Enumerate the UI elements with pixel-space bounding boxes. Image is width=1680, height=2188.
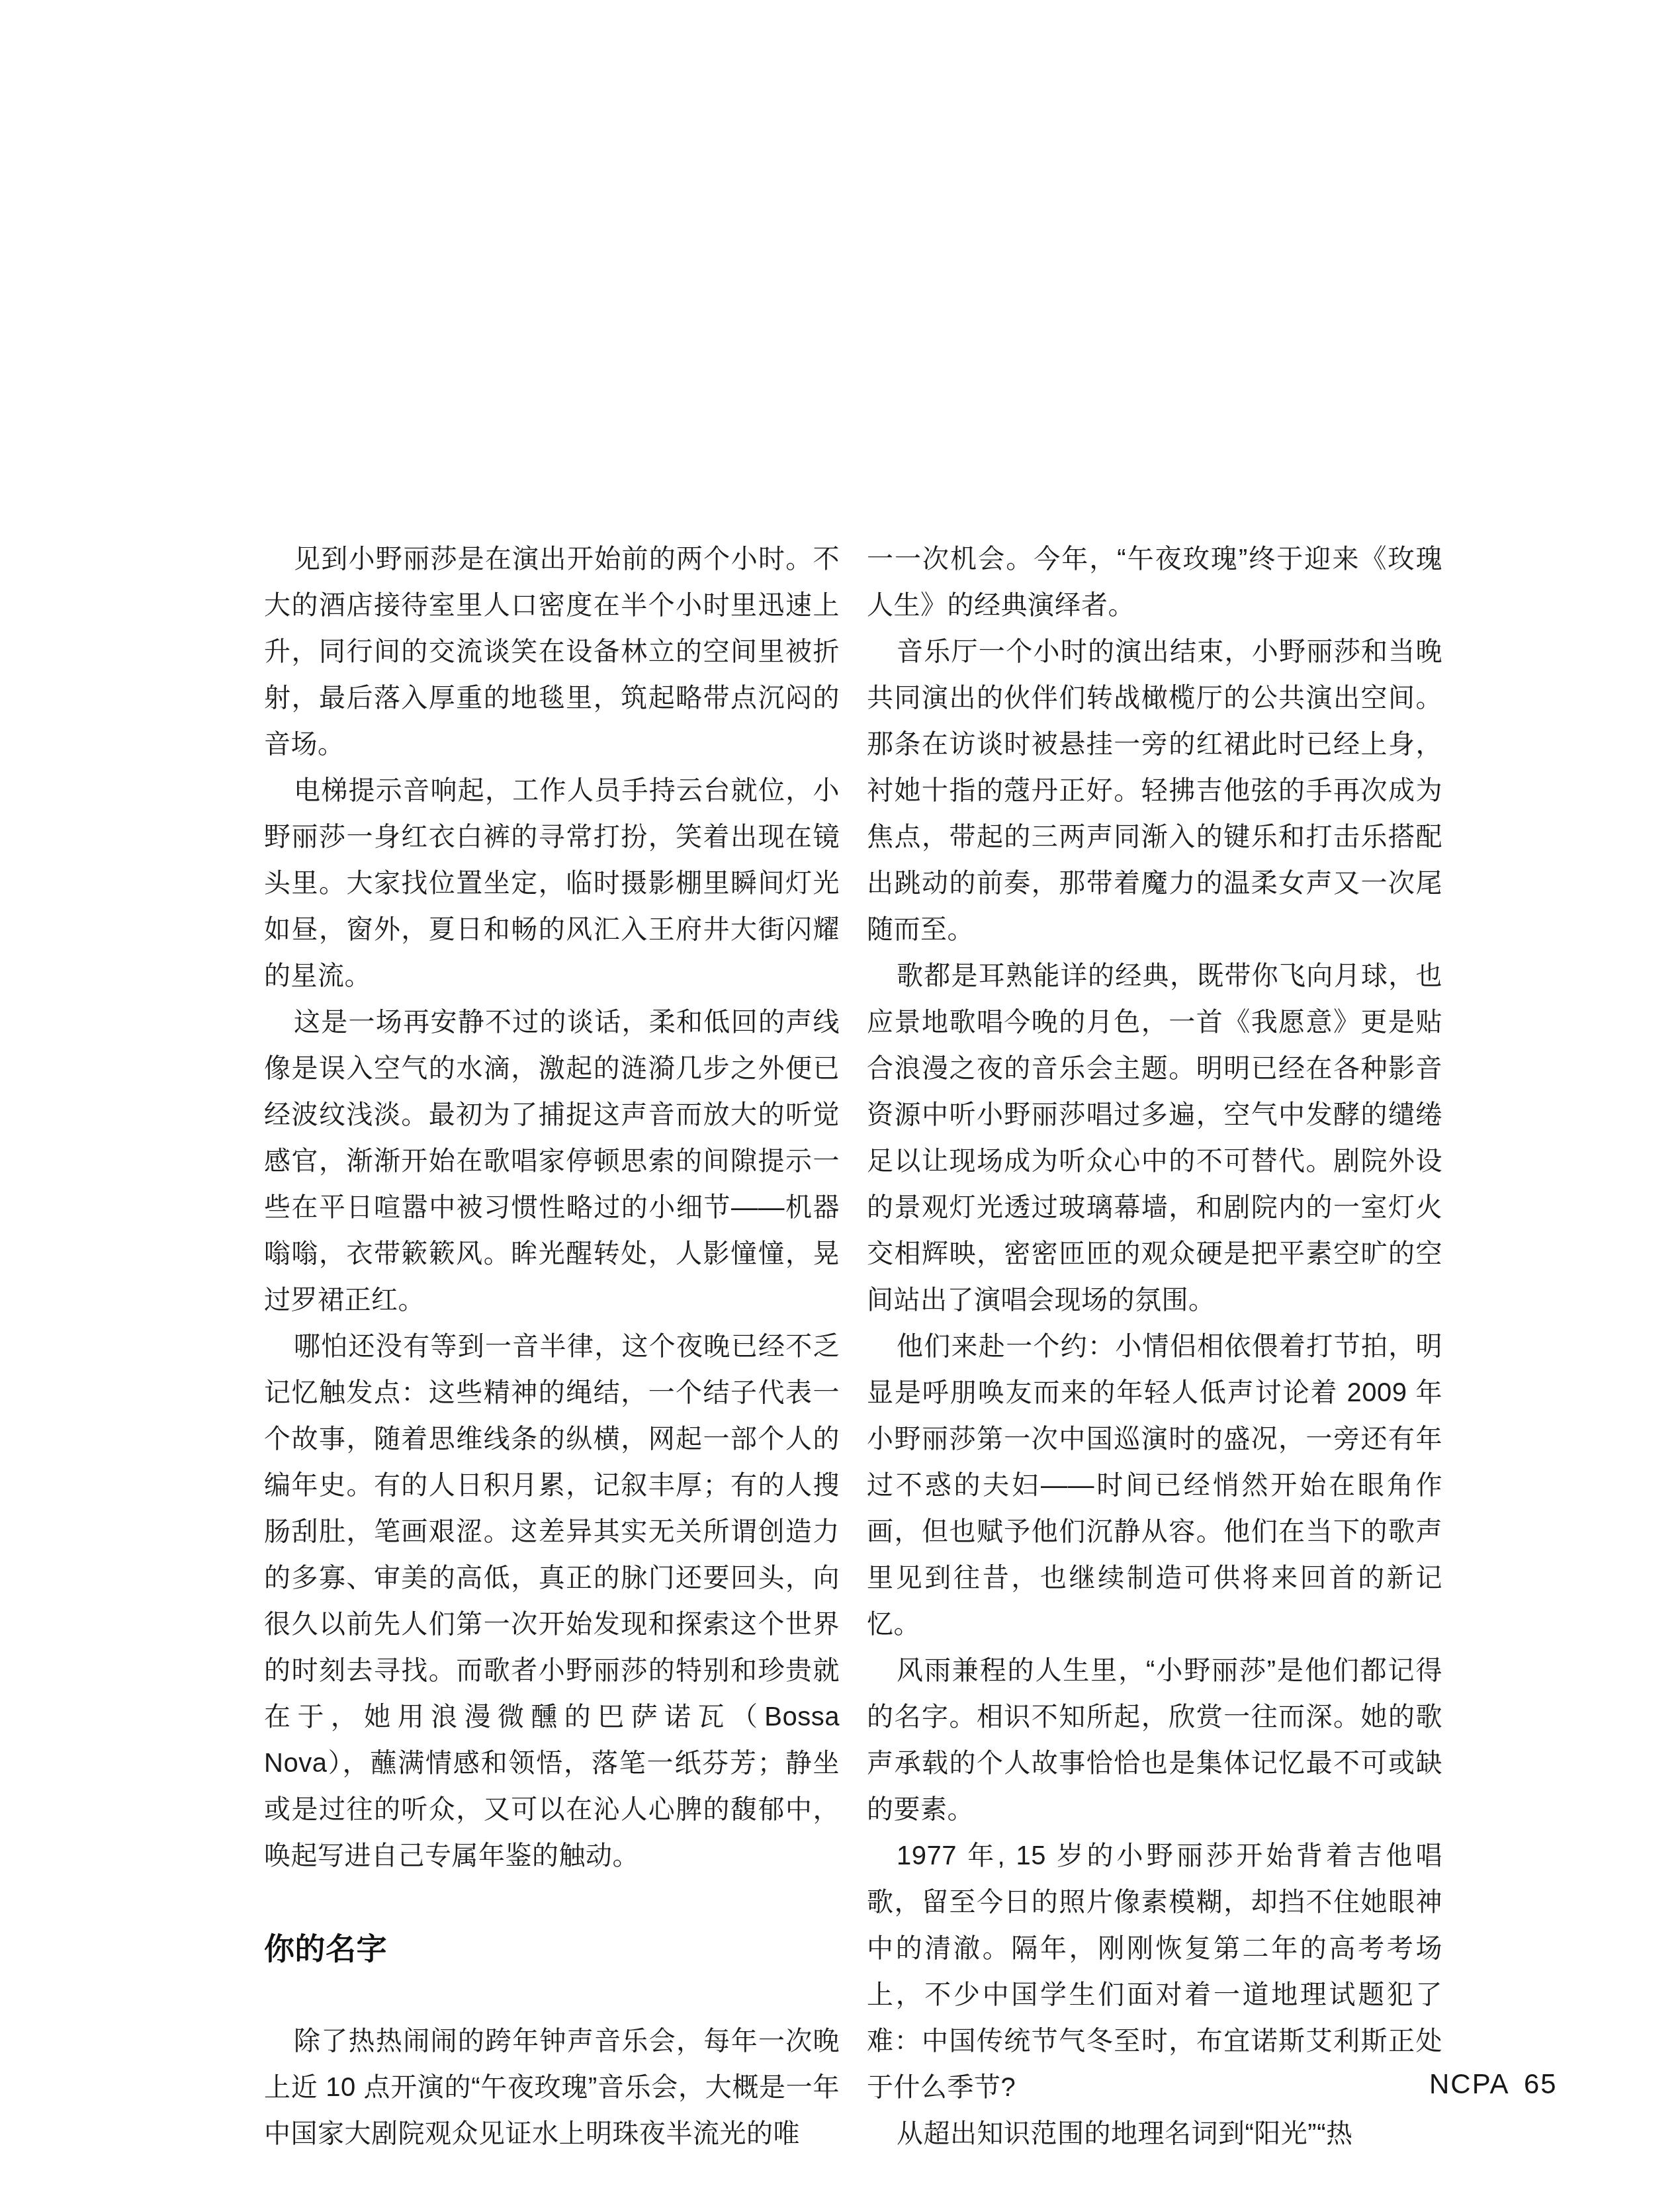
paragraph: 从超出知识范围的地理名词到“阳光”“热 — [867, 2111, 1442, 2157]
paragraph: 歌都是耳熟能详的经典，既带你飞向月球，也应景地歌唱今晚的月色，一首《我愿意》更是… — [867, 953, 1442, 1323]
paragraph: 他们来赴一个约：小情侣相依偎着打节拍，明显是呼朋唤友而来的年轻人低声讨论着 20… — [867, 1323, 1442, 1647]
paragraph-continuation: 一一次机会。今年，“午夜玫瑰”终于迎来《玫瑰人生》的经典演绎者。 — [867, 536, 1442, 629]
paragraph: 这是一场再安静不过的谈话，柔和低回的声线像是误入空气的水滴，激起的涟漪几步之外便… — [264, 999, 840, 1323]
paragraph: 哪怕还没有等到一音半律，这个夜晚已经不乏记忆触发点：这些精神的绳结，一个结子代表… — [264, 1323, 840, 1879]
paragraph: 1977 年, 15 岁的小野丽莎开始背着吉他唱歌，留至今日的照片像素模糊，却挡… — [867, 1833, 1442, 2111]
right-text-column: 一一次机会。今年，“午夜玫瑰”终于迎来《玫瑰人生》的经典演绎者。 音乐厅一个小时… — [867, 536, 1442, 2157]
paragraph: 电梯提示音响起，工作人员手持云台就位，小野丽莎一身红衣白裤的寻常打扮，笑着出现在… — [264, 767, 840, 999]
left-text-column: 见到小野丽莎是在演出开始前的两个小时。不大的酒店接待室里人口密度在半个小时里迅速… — [264, 536, 840, 2157]
paragraph: 除了热热闹闹的跨年钟声音乐会，每年一次晚上近 10 点开演的“午夜玫瑰”音乐会，… — [264, 2018, 840, 2157]
paragraph: 见到小野丽莎是在演出开始前的两个小时。不大的酒店接待室里人口密度在半个小时里迅速… — [264, 536, 840, 767]
paragraph: 音乐厅一个小时的演出结束，小野丽莎和当晚共同演出的伙伴们转战橄榄厅的公共演出空间… — [867, 629, 1442, 953]
magazine-page: 见到小野丽莎是在演出开始前的两个小时。不大的酒店接待室里人口密度在半个小时里迅速… — [0, 0, 1680, 2188]
paragraph: 风雨兼程的人生里，“小野丽莎”是他们都记得的名字。相识不知所起，欣赏一往而深。她… — [867, 1647, 1442, 1833]
page-number: NCPA 65 — [1429, 2068, 1558, 2100]
section-heading: 你的名字 — [264, 1925, 840, 1972]
